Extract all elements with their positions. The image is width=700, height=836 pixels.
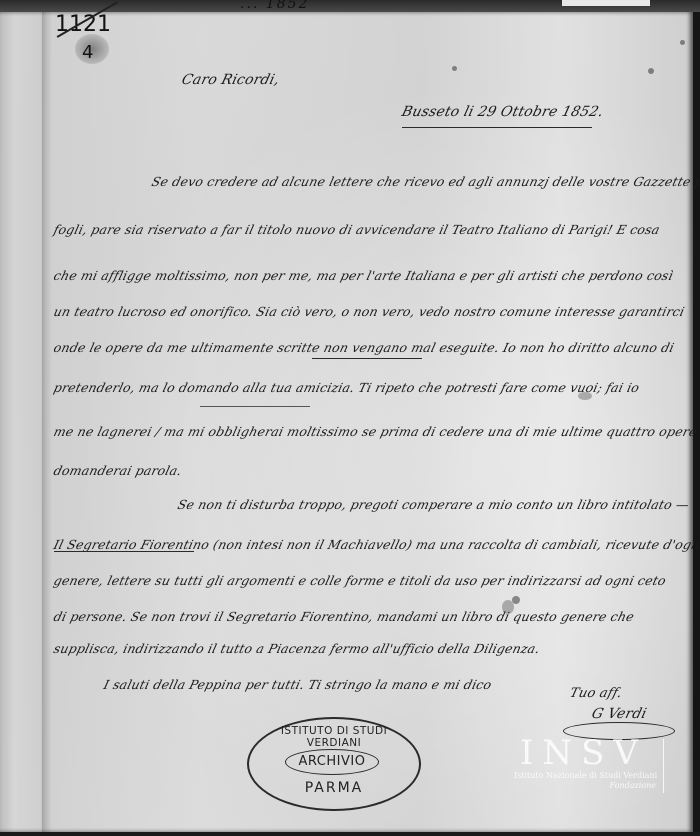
- signature: G Verdi: [590, 706, 648, 722]
- letter-line: Il Segretario Fiorentino (non intesi non…: [52, 537, 700, 552]
- letter-line: Se devo credere ad alcune lettere che ri…: [150, 174, 700, 189]
- archive-number: 1121 4: [55, 14, 111, 36]
- stamp-top-text: ISTITUTO DI STUDI VERDIANI: [267, 725, 401, 749]
- stamp-bottom-text: PARMA: [279, 780, 389, 796]
- watermark-line2: Fondazione: [514, 781, 664, 790]
- letter-line: fogli, pare sia riservato a far il titol…: [52, 222, 661, 237]
- underline-segretario: [54, 551, 194, 552]
- stain: [680, 40, 685, 45]
- stain: [648, 68, 654, 74]
- stamp-center-text: ARCHIVIO: [285, 749, 379, 775]
- letter-line: me ne lagnerei / ma mi obbligherai molti…: [52, 424, 699, 439]
- watermark-logo: INSV: [514, 735, 664, 771]
- letter-line: domanderai parola.: [52, 463, 183, 478]
- salutation: Caro Ricordi,: [180, 72, 281, 88]
- watermark-line1: Istituto Nazionale di Studi Verdiani: [514, 771, 664, 781]
- letter-line: che mi affligge moltissimo, non per me, …: [52, 268, 675, 283]
- underline-non-vengano: [312, 358, 422, 359]
- place-date: Busseto li 29 Ottobre 1852.: [400, 104, 605, 120]
- top-strip-text: ... 1852: [240, 0, 309, 12]
- letter-line: supplisca, indirizzando il tutto a Piace…: [52, 641, 541, 656]
- fold-line: [42, 12, 46, 832]
- scan-edge-bottom: [0, 832, 700, 836]
- date-underline: [402, 127, 592, 128]
- letter-line: genere, lettere su tutti gli argomenti e…: [52, 573, 668, 588]
- watermark-divider: [663, 739, 664, 793]
- letter-line: I saluti della Peppina per tutti. Ti str…: [102, 677, 493, 692]
- letter-paper: [0, 12, 693, 832]
- letter-line: di persone. Se non trovi il Segretario F…: [52, 609, 636, 624]
- letter-line: onde le opere da me ultimamente scritte …: [52, 340, 676, 355]
- stain: [452, 66, 457, 71]
- letter-line: pretenderlo, ma lo domando alla tua amic…: [52, 380, 641, 395]
- letter-line: un teatro lucroso ed onorifico. Sia ciò …: [52, 304, 686, 319]
- letter-line: Se non ti disturba troppo, pregoti compe…: [176, 497, 691, 512]
- label-tab: [562, 0, 650, 6]
- archive-number-denominator: 4: [82, 44, 93, 62]
- insv-watermark: INSV Istituto Nazionale di Studi Verdian…: [514, 735, 664, 795]
- closing: Tuo aff.: [568, 686, 623, 701]
- underline-domando: [200, 406, 310, 407]
- scan-top-strip: ... 1852: [0, 0, 700, 12]
- archive-stamp: ISTITUTO DI STUDI VERDIANI ARCHIVIO PARM…: [247, 717, 421, 811]
